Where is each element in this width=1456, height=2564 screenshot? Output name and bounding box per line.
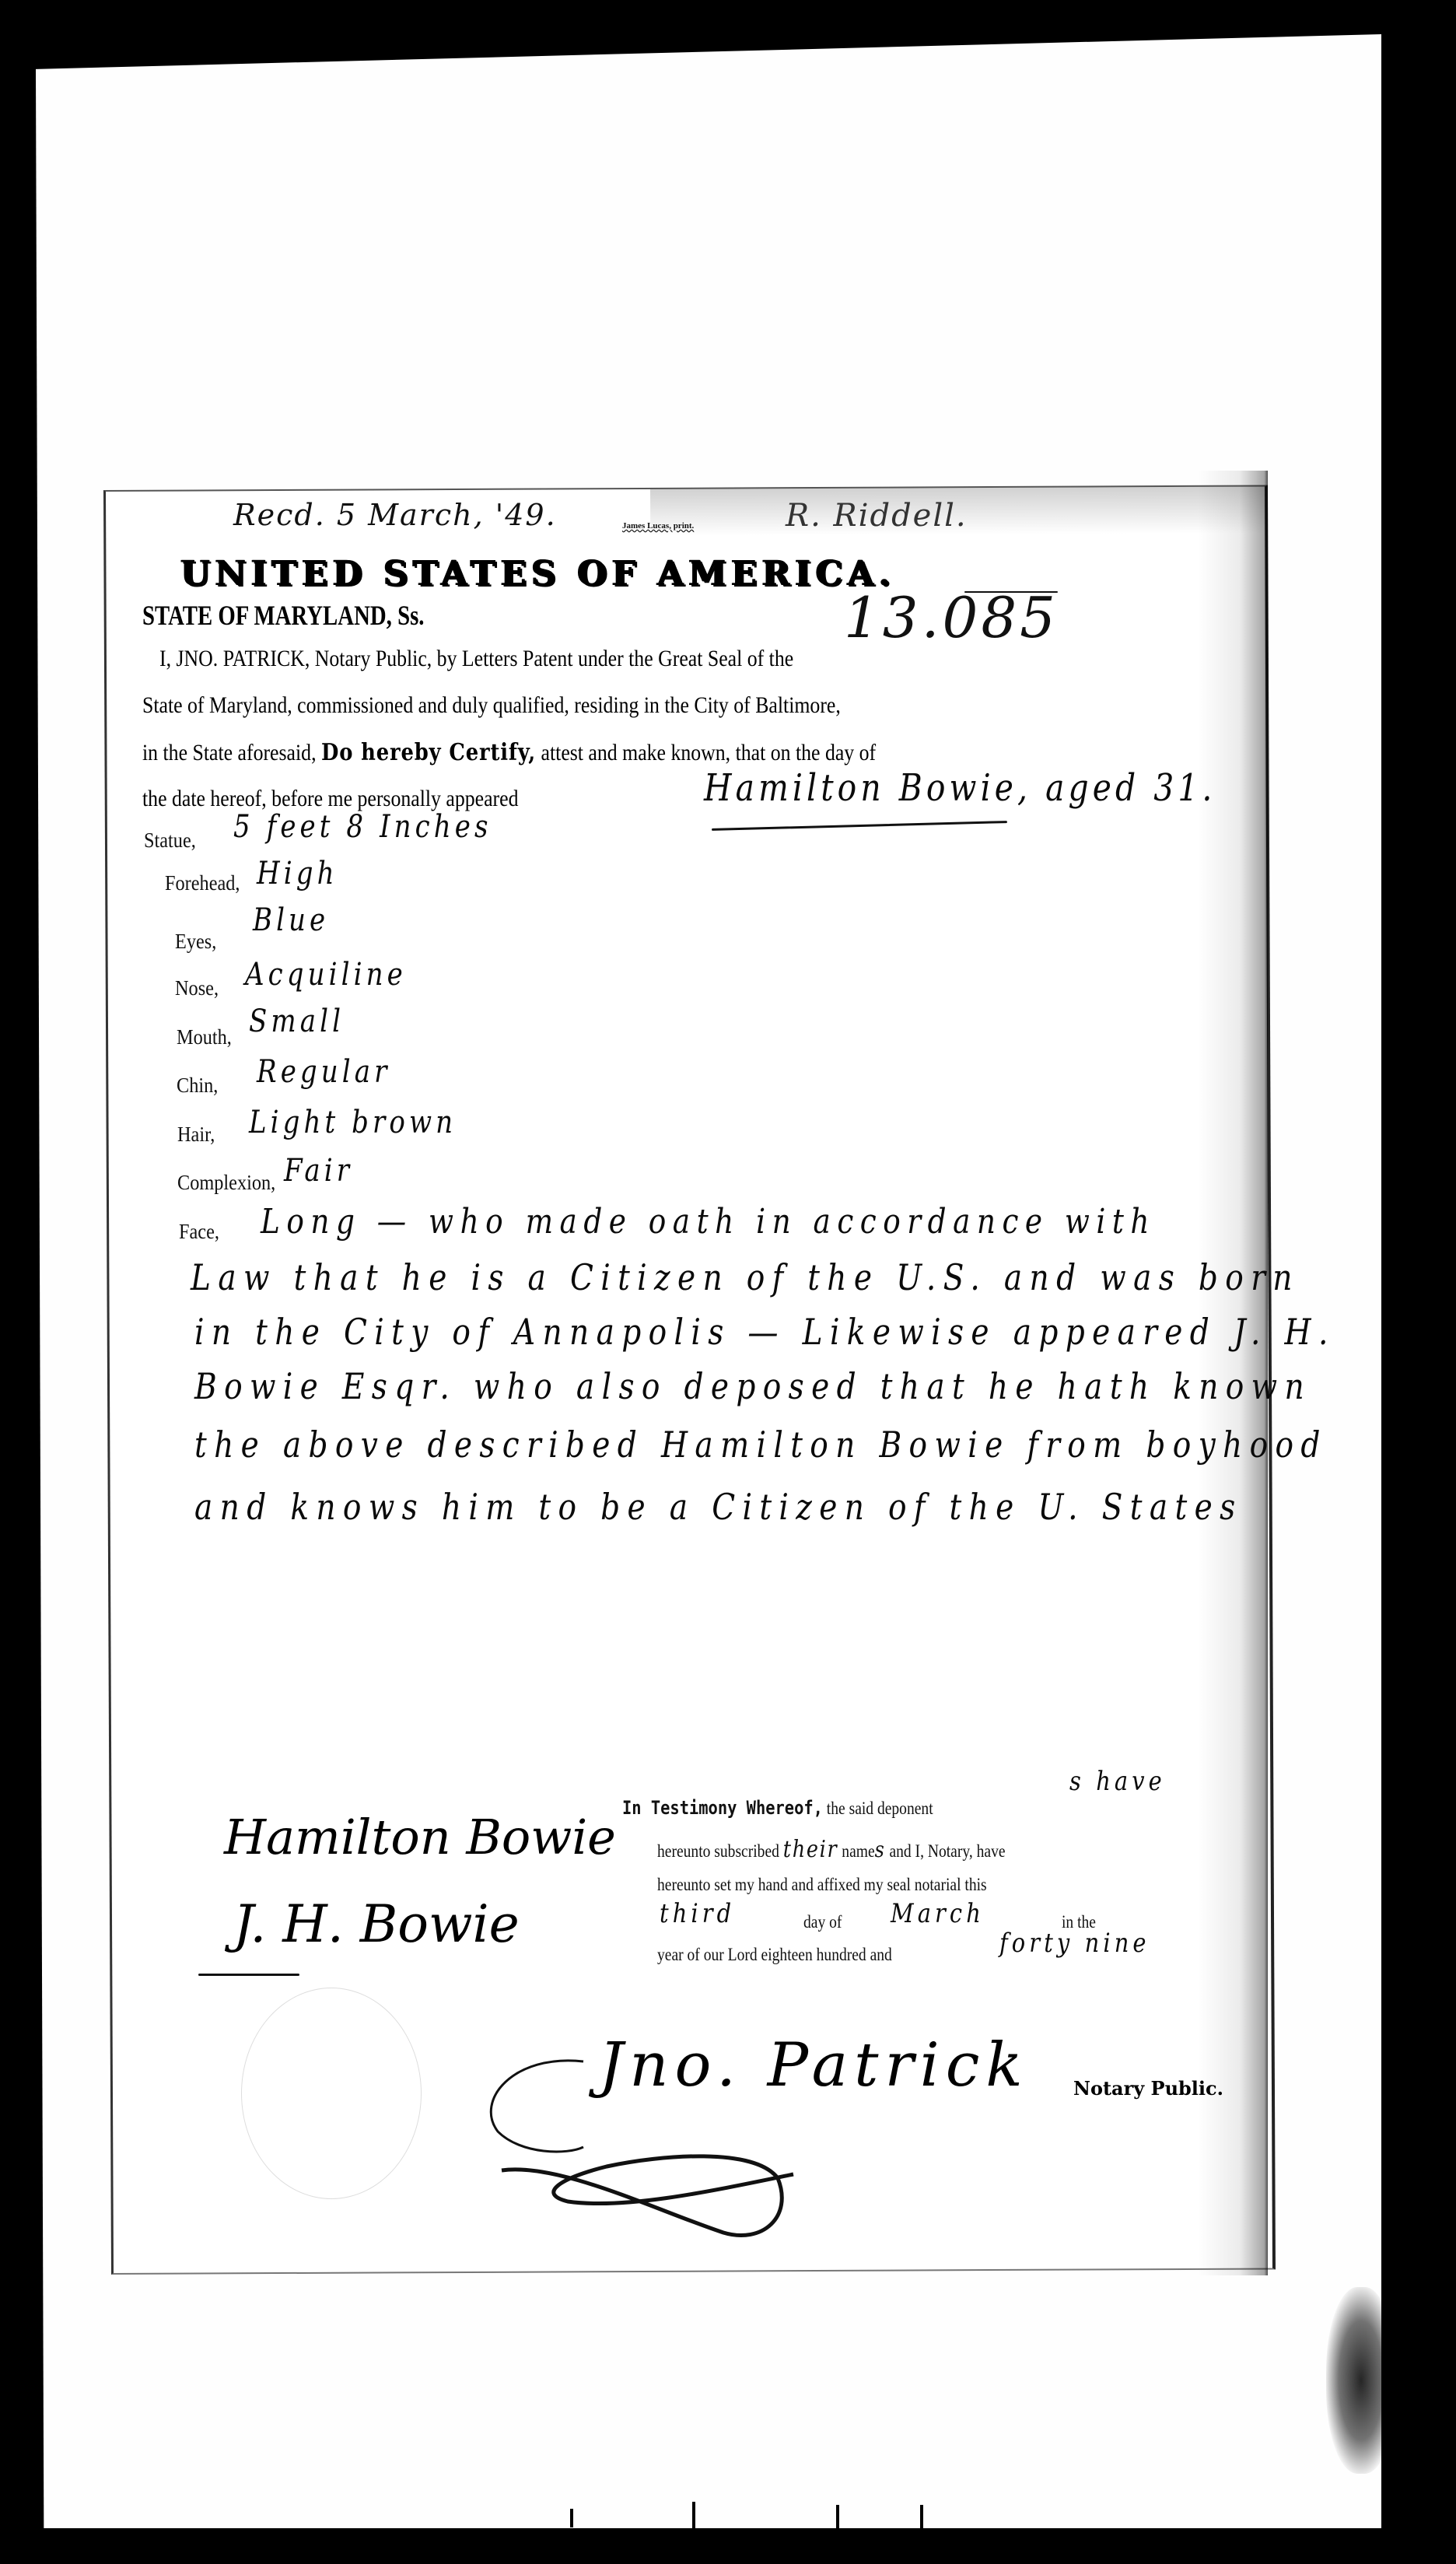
- label-complexion: Complexion,: [177, 1171, 275, 1195]
- edge-tick: [570, 2509, 573, 2527]
- value-hair: Light brown: [249, 1105, 457, 1140]
- year-printed: year of our Lord eighteen hundred and: [657, 1945, 892, 1965]
- film-edge-mark: [1447, 1042, 1456, 1081]
- value-eyes: Blue: [253, 902, 329, 938]
- statement-line-3: Bowie Esqr. who also deposed that he hat…: [194, 1365, 1311, 1407]
- label-eyes: Eyes,: [175, 930, 216, 954]
- testimony-line-2-start: hereunto subscribed: [657, 1841, 779, 1861]
- name-word: name: [842, 1841, 874, 1861]
- deponent-signature: Hamilton Bowie: [224, 1809, 616, 1865]
- edge-tick: [920, 2505, 923, 2528]
- film-edge-mark: [1447, 1525, 1456, 1564]
- day-of-label: day of: [803, 1912, 842, 1932]
- number-flourish: [964, 591, 1058, 593]
- label-statue: Statue,: [144, 828, 196, 853]
- signature-rule: [198, 1974, 299, 1976]
- received-note: Recd. 5 March, '49.: [233, 498, 557, 532]
- label-face: Face,: [179, 1220, 219, 1244]
- printer-imprint: James Lucas, print.: [622, 521, 694, 531]
- value-face: Long — who made oath in accordance with: [261, 1202, 1156, 1242]
- ink-smudge: [1326, 2287, 1396, 2474]
- film-edge-mark: [1447, 2404, 1456, 2443]
- statement-line-5: and knows him to be a Citizen of the U. …: [194, 1486, 1242, 1528]
- film-edge-mark: [1447, 373, 1456, 412]
- clerk-note: R. Riddell.: [786, 498, 968, 534]
- statement-line-4: the above described Hamilton Bowie from …: [194, 1424, 1328, 1466]
- body-line-4: the date hereof, before me personally ap…: [142, 786, 519, 812]
- label-forehead: Forehead,: [165, 871, 240, 895]
- month-handwritten: March: [891, 1898, 985, 1929]
- label-mouth: Mouth,: [177, 1025, 232, 1049]
- body-line-2: State of Maryland, commissioned and duly…: [142, 692, 841, 719]
- value-complexion: Fair: [284, 1153, 353, 1189]
- certificate-number: 13.085: [844, 585, 1059, 650]
- do-hereby-certify: Do hereby Certify,: [321, 739, 536, 766]
- body-line-3: in the State aforesaid, Do hereby Certif…: [142, 739, 876, 766]
- notarial-seal-emboss: [241, 1988, 422, 2199]
- film-edge-mark: [1447, 1743, 1456, 1781]
- statement-line-1: Law that he is a Citizen of the U.S. and…: [191, 1256, 1300, 1298]
- appearer-name-age: Hamilton Bowie, aged 31.: [704, 766, 1216, 810]
- edge-tick: [836, 2505, 839, 2528]
- body-line-1: I, JNO. PATRICK, Notary Public, by Lette…: [159, 646, 793, 672]
- jurisdiction-heading: STATE OF MARYLAND, Ss.: [142, 599, 425, 632]
- document-title: UNITED STATES OF AMERICA.: [180, 554, 895, 594]
- edge-tick: [692, 2502, 695, 2528]
- day-handwritten: third: [660, 1898, 735, 1929]
- in-testimony-whereof: In Testimony Whereof,: [622, 1797, 823, 1819]
- year-handwritten: forty nine: [999, 1928, 1150, 1959]
- label-chin: Chin,: [177, 1074, 218, 1098]
- testimony-have-handwritten: s have: [1069, 1766, 1166, 1797]
- film-edge-mark: [1447, 599, 1456, 638]
- testimony-line-3: hereunto set my hand and affixed my seal…: [657, 1875, 987, 1895]
- testimony-line-1: In Testimony Whereof, the said deponent: [622, 1797, 933, 1819]
- statement-line-2: in the City of Annapolis — Likewise appe…: [194, 1311, 1335, 1353]
- label-hair: Hair,: [177, 1123, 215, 1147]
- film-edge-mark: [1447, 825, 1456, 863]
- value-forehead: High: [257, 856, 338, 891]
- testimony-line-1-text: the said deponent: [827, 1799, 933, 1818]
- film-edge-mark: [1447, 1968, 1456, 2007]
- signature-flourish: [467, 2038, 902, 2240]
- value-chin: Regular: [257, 1054, 390, 1090]
- testimony-line-2-end: and I, Notary, have: [889, 1841, 1005, 1861]
- body-line-3-end: attest and make known, that on the day o…: [541, 740, 877, 765]
- value-nose: Acquiline: [245, 957, 407, 993]
- their-handwritten: their: [783, 1836, 838, 1863]
- notary-public-title: Notary Public.: [1073, 2077, 1223, 2100]
- label-nose: Nose,: [175, 976, 219, 1000]
- testimony-line-2: hereunto subscribed their names and I, N…: [657, 1836, 1006, 1863]
- witness-signature: J. H. Bowie: [233, 1894, 520, 1954]
- plural-s-handwritten: s: [875, 1837, 886, 1862]
- value-statue: 5 feet 8 Inches: [233, 809, 492, 845]
- body-line-3-start: in the State aforesaid,: [142, 740, 317, 765]
- value-mouth: Small: [249, 1004, 345, 1039]
- film-edge-mark: [1447, 2186, 1456, 2225]
